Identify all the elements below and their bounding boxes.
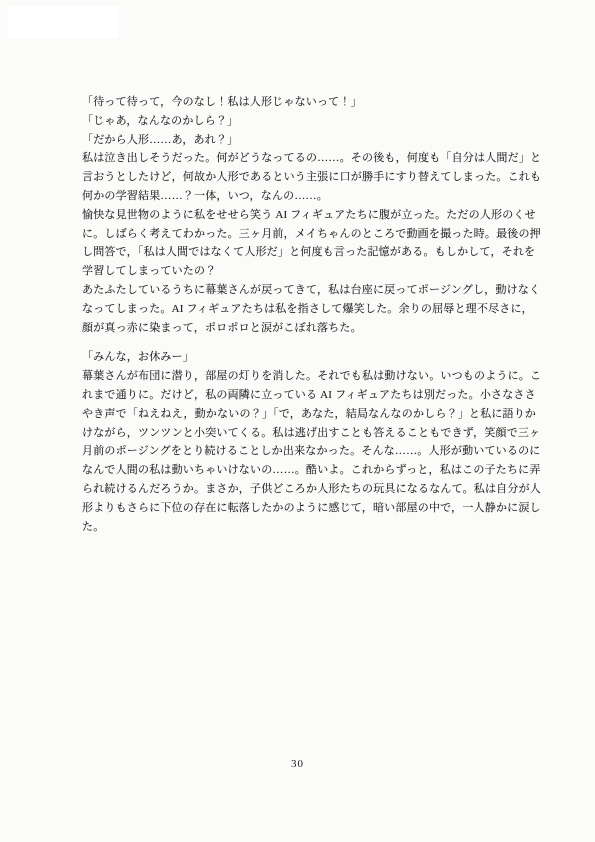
- text-line: た。: [82, 518, 542, 537]
- text-line: 言おうとしたけど，何故か人形であるという主張に口が勝手にすり替えてしまった。これ…: [82, 168, 542, 187]
- text-line: 月前のポージングをとり続けることしか出来なかった。そんな……。人形が動いているの…: [82, 442, 542, 461]
- text-line: なんで人間の私は動いちゃいけないの……。酷いよ。これからずっと，私はこの子たちに…: [82, 461, 542, 480]
- page-number: 30: [0, 758, 595, 770]
- text-line: 私は泣き出しそうだった。何がどうなってるの……。その後も，何度も「自分は人間だ」…: [82, 149, 542, 168]
- scanned-page: 「待って待って，今のなし！私は人形じゃないって！」 「じゃあ，なんなのかしら？」…: [0, 0, 595, 842]
- text-line: やき声で「ねえねえ，動かないの？」「で，あなた，結局なんなのかしら？」と私に語り…: [82, 405, 542, 424]
- text-line: 「じゃあ，なんなのかしら？」: [82, 112, 542, 131]
- text-line: 「待って待って，今のなし！私は人形じゃないって！」: [82, 93, 542, 112]
- paragraph-group-1: 「待って待って，今のなし！私は人形じゃないって！」 「じゃあ，なんなのかしら？」…: [82, 93, 542, 337]
- text-line: 形よりもさらに下位の存在に転落したかのように感じて，暗い部屋の中で，一人静かに涙…: [82, 499, 542, 518]
- text-line: 何かの学習結果……？一体，いつ，なんの……。: [82, 187, 542, 206]
- text-line: に。しばらく考えてわかった。三ヶ月前，メイちゃんのところで動画を撮った時。最後の…: [82, 225, 542, 244]
- text-line: し問答で，「私は人間ではなくて人形だ」と何度も言った記憶がある。もしかして，それ…: [82, 243, 542, 262]
- text-line: 「みんな，お休みー」: [82, 348, 542, 367]
- text-line: 幕葉さんが布団に潜り，部屋の灯りを消した。それでも私は動けない。いつものように。…: [82, 367, 542, 386]
- text-line: 学習してしまっていたの？: [82, 262, 542, 281]
- text-line: けながら，ツンツンと小突いてくる。私は逃げ出すことも答えることもできず，笑顔で三…: [82, 424, 542, 443]
- text-line: なってしまった。AI フィギュアたちは私を指さして爆笑した。余りの屈辱と理不尽さ…: [82, 300, 542, 319]
- paragraph-group-2: 「みんな，お休みー」 幕葉さんが布団に潜り，部屋の灯りを消した。それでも私は動け…: [82, 348, 542, 536]
- scan-artifact: [8, 6, 118, 38]
- text-line: あたふたしているうちに幕葉さんが戻ってきて，私は台座に戻ってポージングし，動けな…: [82, 281, 542, 300]
- text-line: 愉快な見世物のように私をせせら笑う AI フィギュアたちに腹が立った。ただの人形…: [82, 206, 542, 225]
- text-line: られ続けるんだろうか。まさか，子供どころか人形たちの玩具になるなんて。私は自分が…: [82, 480, 542, 499]
- text-line: れまで通りに。だけど，私の両隣に立っている AI フィギュアたちは別だった。小さ…: [82, 386, 542, 405]
- text-line: 顔が真っ赤に染まって，ポロポロと涙がこぼれ落ちた。: [82, 319, 542, 338]
- body-text: 「待って待って，今のなし！私は人形じゃないって！」 「じゃあ，なんなのかしら？」…: [82, 93, 542, 536]
- text-line: 「だから人形……あ，あれ？」: [82, 131, 542, 150]
